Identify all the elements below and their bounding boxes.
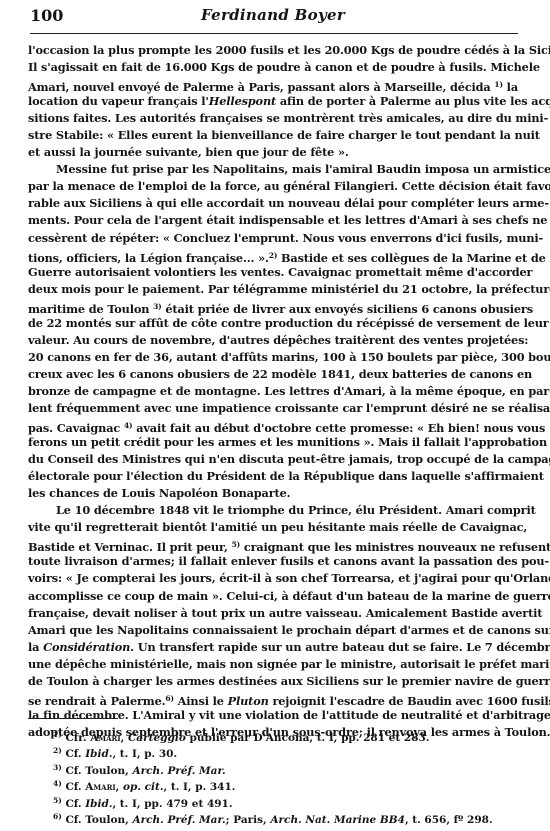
text-run: , t. I, pp. 479 et 491. [113,798,233,810]
page-header: 100 Ferdinand Boyer [28,4,518,28]
text-line: maritime de Toulon 3) était priée de liv… [28,298,518,315]
text-line: et aussi la journée suivante, bien que j… [28,144,518,161]
italic-title: Hellespont [209,94,276,108]
text-run: . Un transfert rapide sur un autre batea… [130,640,550,654]
text-line: l'occasion la plus prompte les 2000 fusi… [28,42,518,59]
italic-source: Ibid. [85,798,112,810]
text-line: Guerre autorisaient volontiers les vente… [28,264,518,281]
footnote-ref: 6) [165,694,173,703]
text-run: location du vapeur français l' [28,94,209,108]
text-run: Cf. Toulon, [65,814,132,826]
italic-source: Carteggio [128,732,186,744]
text-line: de Toulon à charger les armes destinées … [28,673,518,690]
text-run: Bastide et Verninac. Il prit peur, [28,540,232,554]
text-line: les chances de Louis Napoléon Bonaparte. [28,485,518,502]
text-line: par la menace de l'emploi de la force, a… [28,178,518,195]
text-run: Bastide et ses collègues de la Marine et… [277,251,550,265]
footnote: 3) Cf. Toulon, Arch. Préf. Mar. [53,760,513,776]
text-run: , t. I, p. 341. [164,781,236,793]
text-run: était priée de livrer aux envoyés sicili… [162,302,533,316]
text-run: tions, officiers, la Légion française...… [28,251,269,265]
text-line: deux mois pour le paiement. Par télégram… [28,281,518,298]
footnote: 5) Cf. Ibid., t. I, pp. 479 et 491. [53,793,513,809]
footnote: 2) Cf. Ibid., t. I, p. 30. [53,743,513,759]
text-line: rable aux Siciliens à qui elle accordait… [28,195,518,212]
footnote-ref: 1) [494,80,502,89]
text-line: Le 10 décembre 1848 vit le triomphe du P… [28,502,518,519]
text-run: rejoignit l'escadre de Baudin avec 1600 … [269,694,550,708]
text-line: française, devait noliser à tout prix un… [28,605,518,622]
text-line: Amari que les Napolitains connaissaient … [28,622,518,639]
text-line: location du vapeur français l'Hellespont… [28,93,518,110]
text-run: Cf. Toulon, [65,765,132,777]
text-line: du Conseil des Ministres qui n'en discut… [28,451,518,468]
text-run: Cf. [65,748,85,760]
italic-title: Pluton [228,694,269,708]
text-run: avait fait au début d'octobre cette prom… [132,421,545,435]
text-line: voirs: « Je compterai les jours, écrit-i… [28,570,518,587]
text-run: la [503,80,518,94]
footnote-number: 1) [53,730,62,739]
author-name: Amari [85,781,115,793]
body-text: l'occasion la plus prompte les 2000 fusi… [28,42,518,741]
text-run: la [28,640,43,654]
footnote-rule [28,718,118,719]
text-run: se rendrait à Palerme. [28,694,165,708]
footnote-number: 4) [53,779,62,788]
text-run: Ainsi le [174,694,228,708]
footnote-number: 3) [53,763,62,772]
text-line: tions, officiers, la Légion française...… [28,247,518,264]
text-line: vite qu'il regretterait bientôt l'amitié… [28,519,518,536]
italic-source: Ibid. [85,748,112,760]
footnote-ref: 3) [153,302,161,311]
italic-title: Considération [43,640,130,654]
text-run: Cfr. [65,732,90,744]
header-rule [30,33,518,34]
text-line: stre Stabile: « Elles eurent la bienveil… [28,127,518,144]
italic-source: Arch. Préf. Mar. [132,814,225,826]
text-line: la Considération. Un transfert rapide su… [28,639,518,656]
footnote-number: 2) [53,746,62,755]
text-run: ; Paris, [226,814,271,826]
text-run: craignant que les ministres nouveaux ne … [240,540,550,554]
text-line: Bastide et Verninac. Il prit peur, 5) cr… [28,536,518,553]
text-line: Il s'agissait en fait de 16.000 Kgs de p… [28,59,518,76]
text-run: maritime de Toulon [28,302,153,316]
author-name: Amari [90,732,120,744]
text-run: , t. I, p. 30. [113,748,178,760]
text-line: cessèrent de répéter: « Concluez l'empru… [28,230,518,247]
footnote-number: 5) [53,796,62,805]
running-head: Ferdinand Boyer [28,6,518,24]
italic-source: Arch. Nat. Marine BB4 [270,814,405,826]
text-run: Cf. [65,798,85,810]
footnotes: 1) Cfr. Amari, Carteggio publié par D'An… [53,727,513,825]
text-line: Messine fut prise par les Napolitains, m… [28,161,518,178]
footnote-ref: 5) [232,540,240,549]
footnote-number: 6) [53,812,62,821]
footnote: 1) Cfr. Amari, Carteggio publié par D'An… [53,727,513,743]
text-run: , [121,732,128,744]
footnote: 4) Cf. Amari, op. cit., t. I, p. 341. [53,776,513,792]
text-run: , t. 656, fº 298. [405,814,493,826]
italic-source: op. cit. [123,781,164,793]
text-run: Cf. [65,781,85,793]
text-line: ments. Pour cela de l'argent était indis… [28,212,518,229]
text-line: une dépêche ministérielle, mais non sign… [28,656,518,673]
text-line: creux avec les 6 canons obusiers de 22 m… [28,366,518,383]
text-run: publié par D'Ancona, t. I, pp. 281 et 28… [186,732,430,744]
text-line: ferons un petit crédit pour les armes et… [28,434,518,451]
text-line: se rendrait à Palerme.6) Ainsi le Pluton… [28,690,518,707]
text-line: valeur. Au cours de novembre, d'autres d… [28,332,518,349]
text-line: sitions faites. Les autorités françaises… [28,110,518,127]
text-line: toute livraison d'armes; il fallait enle… [28,553,518,570]
footnote: 6) Cf. Toulon, Arch. Préf. Mar.; Paris, … [53,809,513,825]
text-line: la fin décembre. L'Amiral y vit une viol… [28,707,518,724]
text-run: , [116,781,123,793]
text-run: pas. Cavaignac [28,421,124,435]
text-line: accomplisse ce coup de main ». Celui-ci,… [28,588,518,605]
footnote-ref: 2) [269,251,277,260]
text-line: lent fréquemment avec une impatience cro… [28,400,518,417]
text-run: afin de porter à Palerme au plus vite le… [276,94,550,108]
italic-source: Arch. Préf. Mar. [132,765,225,777]
text-line: électorale pour l'élection du Président … [28,468,518,485]
text-line: de 22 montés sur affût de côte contre pr… [28,315,518,332]
text-run: Amari, nouvel envoyé de Palerme à Paris,… [28,80,494,94]
text-line: Amari, nouvel envoyé de Palerme à Paris,… [28,76,518,93]
text-line: 20 canons en fer de 36, autant d'affûts … [28,349,518,366]
text-line: bronze de campagne et de montagne. Les l… [28,383,518,400]
text-line: pas. Cavaignac 4) avait fait au début d'… [28,417,518,434]
